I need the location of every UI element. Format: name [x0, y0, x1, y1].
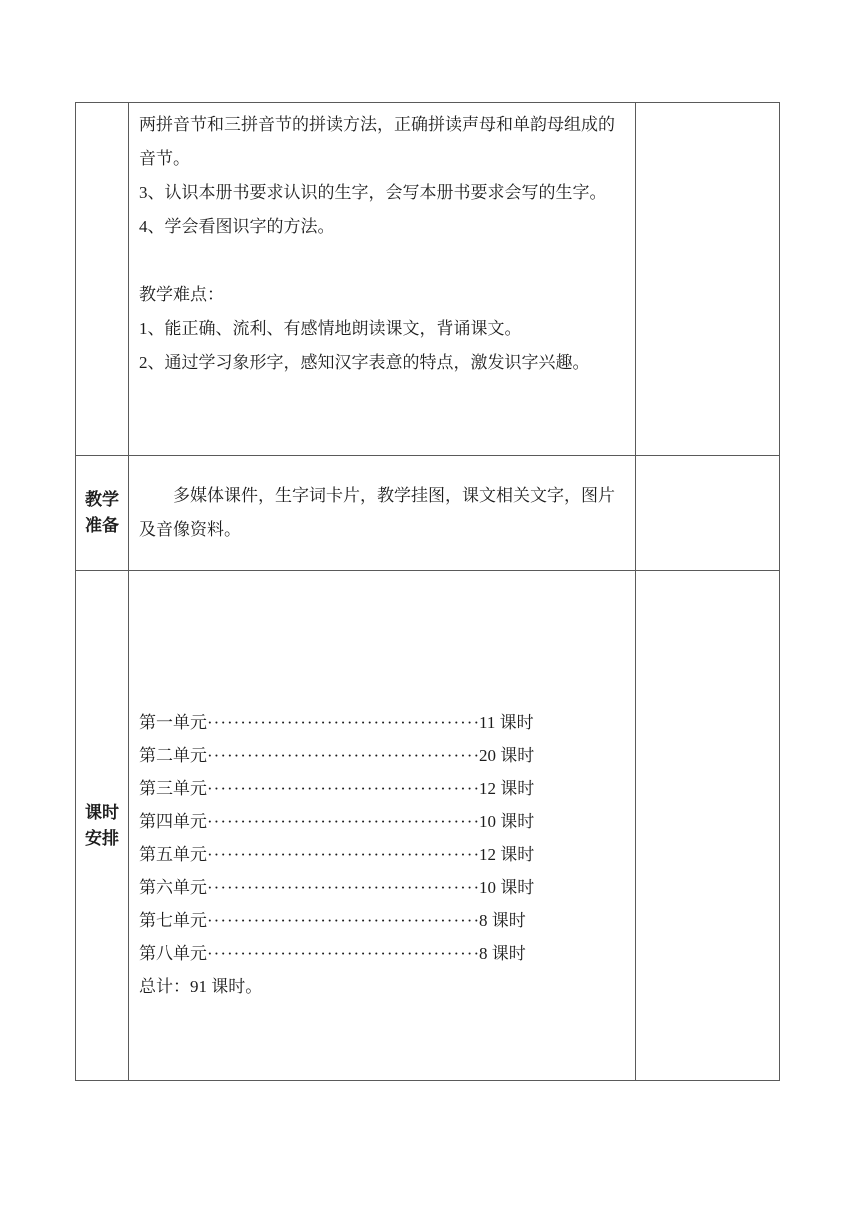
lesson-plan-table: 两拼音节和三拼音节的拼读方法，正确拼读声母和单韵母组成的音节。 3、认识本册书要…	[75, 102, 780, 1081]
schedule-item-unit-6: 第六单元····································…	[139, 871, 627, 904]
unit-label: 第七单元	[139, 904, 207, 937]
unit-hours: 12 课时	[479, 838, 534, 871]
dot-leader: ········································…	[207, 838, 479, 871]
dot-leader: ········································…	[207, 772, 479, 805]
unit-label: 第六单元	[139, 871, 207, 904]
notes-cell-empty	[636, 103, 779, 456]
schedule-item-unit-8: 第八单元····································…	[139, 937, 627, 970]
notes-cell-empty	[636, 456, 779, 571]
difficulties-paragraph: 1、能正确、流利、有感情地朗读课文，背诵课文。	[139, 312, 627, 346]
schedule-item-unit-7: 第七单元····································…	[139, 904, 627, 937]
prep-paragraph: 多媒体课件，生字词卡片，教学挂图，课文相关文字，图片及音像资料。	[139, 479, 627, 547]
schedule-header-cell: 课时安排	[76, 571, 129, 1080]
schedule-total: 总计：91 课时。	[139, 970, 627, 1003]
dot-leader: ········································…	[207, 904, 479, 937]
unit-label: 第八单元	[139, 937, 207, 970]
objectives-paragraph: 3、认识本册书要求认识的生字，会写本册书要求会写的生字。	[139, 176, 627, 210]
unit-label: 第二单元	[139, 739, 207, 772]
unit-hours: 11 课时	[479, 706, 534, 739]
dot-leader: ········································…	[207, 706, 479, 739]
unit-hours: 10 课时	[479, 871, 534, 904]
objectives-paragraph: 两拼音节和三拼音节的拼读方法，正确拼读声母和单韵母组成的音节。	[139, 108, 627, 176]
unit-label: 第五单元	[139, 838, 207, 871]
unit-hours: 10 课时	[479, 805, 534, 838]
objectives-content-cell: 两拼音节和三拼音节的拼读方法，正确拼读声母和单韵母组成的音节。 3、认识本册书要…	[129, 103, 636, 456]
schedule-item-unit-4: 第四单元····································…	[139, 805, 627, 838]
unit-hours: 8 课时	[479, 937, 526, 970]
objectives-paragraph: 4、学会看图识字的方法。	[139, 210, 627, 244]
dot-leader: ········································…	[207, 805, 479, 838]
schedule-item-unit-3: 第三单元····································…	[139, 772, 627, 805]
schedule-content-cell: 第一单元····································…	[129, 571, 636, 1080]
unit-label: 第一单元	[139, 706, 207, 739]
dot-leader: ········································…	[207, 937, 479, 970]
unit-hours: 12 课时	[479, 772, 534, 805]
schedule-item-unit-1: 第一单元····································…	[139, 706, 627, 739]
prep-content-cell: 多媒体课件，生字词卡片，教学挂图，课文相关文字，图片及音像资料。	[129, 456, 636, 571]
prep-header-cell: 教学准备	[76, 456, 129, 571]
objectives-header-cell	[76, 103, 129, 456]
unit-hours: 8 课时	[479, 904, 526, 937]
unit-label: 第四单元	[139, 805, 207, 838]
unit-label: 第三单元	[139, 772, 207, 805]
document-page: 两拼音节和三拼音节的拼读方法，正确拼读声母和单韵母组成的音节。 3、认识本册书要…	[0, 0, 860, 1216]
dot-leader: ········································…	[207, 871, 479, 904]
notes-cell-empty	[636, 571, 779, 1080]
schedule-item-unit-5: 第五单元····································…	[139, 838, 627, 871]
unit-hours: 20 课时	[479, 739, 534, 772]
dot-leader: ········································…	[207, 739, 479, 772]
difficulties-paragraph: 2、通过学习象形字，感知汉字表意的特点，激发识字兴趣。	[139, 346, 627, 380]
schedule-item-unit-2: 第二单元····································…	[139, 739, 627, 772]
difficulties-title: 教学难点：	[139, 278, 627, 312]
